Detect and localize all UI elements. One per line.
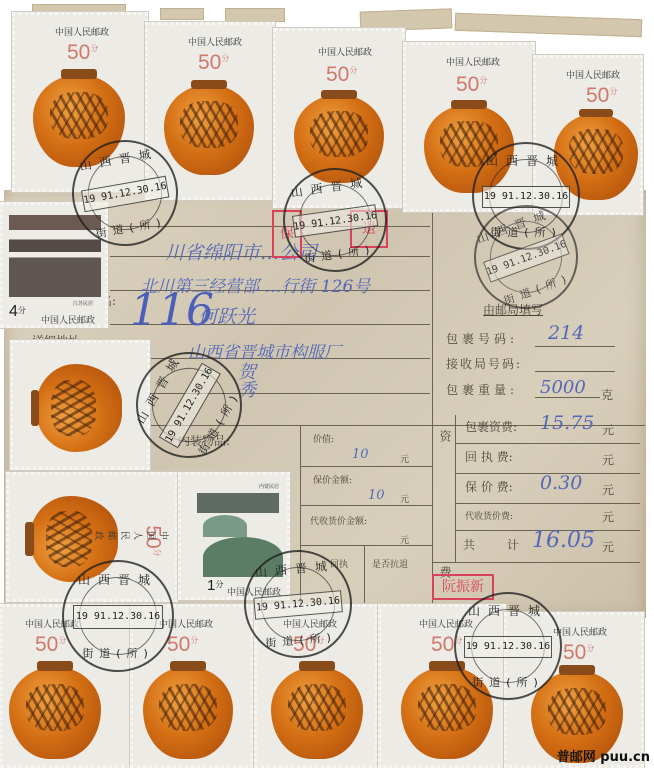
yuan-unit: 元 — [602, 481, 614, 498]
stamp-issuer: 中国人民邮政 — [55, 25, 109, 38]
stamp-issuer: 中国人民邮政 — [93, 531, 171, 540]
stamp-unit: 分 — [586, 644, 594, 653]
stamp-unit: 分 — [153, 549, 162, 557]
pottery-jar-icon — [143, 667, 233, 759]
stamp-value: 50分 — [456, 73, 487, 97]
stamp-unit: 分 — [58, 636, 66, 645]
postmark-office: 街道(所) — [64, 645, 172, 661]
stamp-value-text: 50 — [586, 84, 609, 107]
stamp-value: 50分 — [563, 641, 594, 665]
handwritten-insurance-fee: 0.30 — [540, 472, 582, 494]
stamp-unit: 分 — [190, 636, 198, 645]
yuan-unit: 元 — [400, 492, 409, 505]
insurance-fee-label: 保 价 费: — [465, 478, 513, 495]
cod-amount-label: 代收货价金额: — [310, 514, 367, 527]
yurt-illustration-icon — [197, 493, 279, 513]
stamp-unit: 分 — [349, 66, 357, 75]
stamp-value: 1分 — [207, 577, 223, 594]
yuan-unit: 元 — [400, 533, 409, 546]
stamp-value-text: 50 — [326, 63, 349, 86]
handwritten-parcel-no: 214 — [548, 322, 584, 344]
cod-fee-label: 代收货价费: — [465, 509, 513, 522]
yuan-unit: 元 — [602, 538, 614, 555]
yuan-unit: 元 — [602, 451, 614, 468]
stamp-value-text: 50 — [35, 633, 58, 656]
postmark: 山西晋城 19 91.12.30.16 街道(所) — [62, 560, 174, 672]
pottery-jar-icon — [9, 667, 101, 759]
postmark-city: 山西晋城 — [64, 571, 172, 588]
postage-fee-label: 包裹资费: — [465, 418, 517, 435]
stamp-issuer: 中国人民邮政 — [318, 45, 372, 58]
postmark-date: 19 91.12.30.16 — [73, 605, 164, 629]
pottery-jar-icon — [271, 667, 363, 759]
pottery-jar-icon — [36, 364, 122, 452]
stamp-value: 50分 — [198, 51, 229, 75]
handwritten-parcel-weight: 5000 — [540, 377, 586, 398]
stamp-value: 50分 — [67, 41, 98, 65]
stamp-value-text: 50 — [67, 41, 90, 64]
paper-tab — [160, 8, 204, 20]
stamp-unit: 分 — [221, 54, 229, 63]
stamp-issuer: 中国人民邮政 — [446, 55, 500, 68]
stamp-caption: 江苏民居 — [73, 300, 93, 307]
postmark-city: 山西晋城 — [474, 152, 578, 169]
stamp-value-text: 50 — [431, 633, 454, 656]
stamp-unit: 分 — [90, 44, 98, 53]
pottery-jar-icon — [164, 85, 254, 175]
stamp-unit: 分 — [18, 306, 26, 315]
stamp-value: 50分 — [35, 633, 66, 657]
yuan-unit: 元 — [400, 452, 409, 465]
returnable-label: 是否抗退 — [372, 557, 408, 570]
value-label: 价值: — [313, 432, 334, 445]
gram-unit: 克 — [601, 386, 613, 403]
insured-amount-label: 保价金额: — [313, 473, 352, 486]
parcel-weight-label: 包裹重量: — [446, 381, 518, 398]
stamp-value: 50分 — [326, 63, 357, 87]
paper-tab — [455, 13, 643, 38]
stamp-issuer: 中国人民邮政 — [566, 68, 620, 81]
handwritten-recipient-name: 何跃光 — [198, 302, 255, 329]
postmark-office: 街道(所) — [456, 674, 560, 690]
site-watermark: 普邮网 puu.cn — [557, 746, 650, 765]
handwritten-value: 10 — [352, 447, 369, 462]
pottery-stamp-sideways — [10, 340, 150, 470]
postmark-date: 19 91.12.30.16 — [464, 636, 551, 659]
stamp-value-text: 50 — [456, 73, 479, 96]
stamp-value-text: 4 — [9, 303, 18, 320]
stamp-issuer: 中国人民邮政 — [188, 35, 242, 48]
stamp-unit: 分 — [479, 76, 487, 85]
postmark: 山西晋城 19 91.12.30.16 街道(所) — [454, 592, 562, 700]
stamp-caption: 内蒙民居 — [259, 483, 279, 490]
handwritten-total: 16.05 — [532, 528, 595, 553]
stamp-value-text: 50 — [563, 641, 586, 664]
handwritten-insured-amount: 10 — [368, 488, 385, 503]
parcel-no-label: 包裹号码: — [446, 330, 518, 347]
total-label: 共 计 — [463, 536, 533, 553]
yurt-illustration-icon — [203, 515, 247, 537]
receiving-office-label: 接收局号码: — [446, 355, 522, 372]
stamp-unit: 分 — [609, 87, 617, 96]
yuan-unit: 元 — [602, 421, 614, 438]
stamp-issuer: 中国人民邮政 — [41, 313, 95, 326]
handwritten-postage-fee: 15.75 — [540, 412, 594, 434]
stamp-value-text: 50 — [198, 51, 221, 74]
stamp-unit: 分 — [215, 580, 223, 589]
stamp-value: 4分 — [9, 303, 26, 321]
red-chop-text: 阮振新 — [442, 579, 484, 595]
postmark-city: 山西晋城 — [456, 602, 560, 619]
paper-tab — [225, 8, 285, 22]
yuan-unit: 元 — [602, 508, 614, 525]
receipt-fee-label: 回 执 费: — [465, 448, 513, 465]
stamp-value: 50分 — [586, 84, 617, 108]
